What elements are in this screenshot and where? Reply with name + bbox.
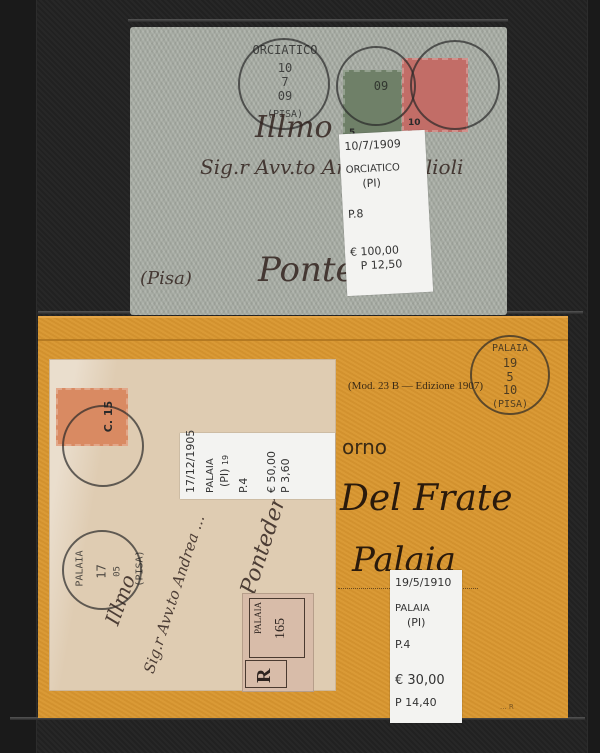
label-date: 19/5/1910 [395,576,457,590]
postmark-day: 10 [270,62,300,75]
postmark-orciatico-3 [410,40,500,130]
label-alt-price: P 12,50 [350,256,427,274]
registration-office: PALAIA [253,602,263,634]
postmark-province: (PISA) [480,398,540,411]
label-points: P.8 [348,204,425,222]
pencil-note: ... R [500,703,514,711]
postmark-year: 10 [495,384,525,397]
registration-label: PALAIA 165 R [242,593,314,692]
postmark-town: ORCIATICO [250,44,320,57]
form-printed-word: orno [342,435,387,459]
postmark-town: PALAIA [74,529,87,609]
postmark-year: 09 [270,90,300,103]
registration-letter: R [253,669,276,683]
label-province: (PI) 19 [218,439,233,493]
postmark-day: 19 [495,357,525,370]
label-suffix: 19 [221,455,230,465]
label-date: 10/7/1909 [344,136,421,154]
postmark-town: PALAIA [470,342,550,355]
stamp-value: 10 [408,118,421,128]
postmark-month: 7 [270,76,300,89]
label-points: P.4 [395,638,457,652]
label-price: € 30,00 [395,674,457,688]
postmark-province: (PISA) [134,529,147,609]
label-points: P.4 [237,439,251,493]
postmark-year: 09 [366,80,396,93]
address-line: (Pisa) [140,268,192,289]
label-price: € 50,00 [265,439,279,493]
stock-strip-top [128,19,508,22]
album-binding-right [587,0,600,753]
label-date: 17/12/1905 [184,439,198,493]
label-alt-price: P 3,60 [279,439,293,493]
label-province-text: (PI) [218,469,231,487]
postmark-palaia-1905-1 [62,405,144,487]
price-label-palaia-1905: 17/12/1905 PALAIA (PI) 19 P.4 € 50,00 P … [180,433,335,499]
postmark-day: 17 [96,562,109,582]
price-label-orciatico: 10/7/1909 ORCIATICO (PI) P.8 € 100,00 P … [339,130,433,296]
address-line: Illmo [255,110,333,145]
form-handwriting: Del Frate [340,478,513,519]
label-province: (PI) [395,616,457,630]
label-alt-price: P 14,40 [395,696,457,710]
label-town: PALAIA [204,439,218,493]
label-town: PALAIA [395,602,457,616]
registration-number: 165 [273,618,289,639]
form-header: (Mod. 23 B — Edizione 1907) [348,380,483,392]
album-binding-left [0,0,37,753]
price-label-palaia-1910: 19/5/1910 PALAIA (PI) P.4 € 30,00 P 14,4… [390,570,462,723]
